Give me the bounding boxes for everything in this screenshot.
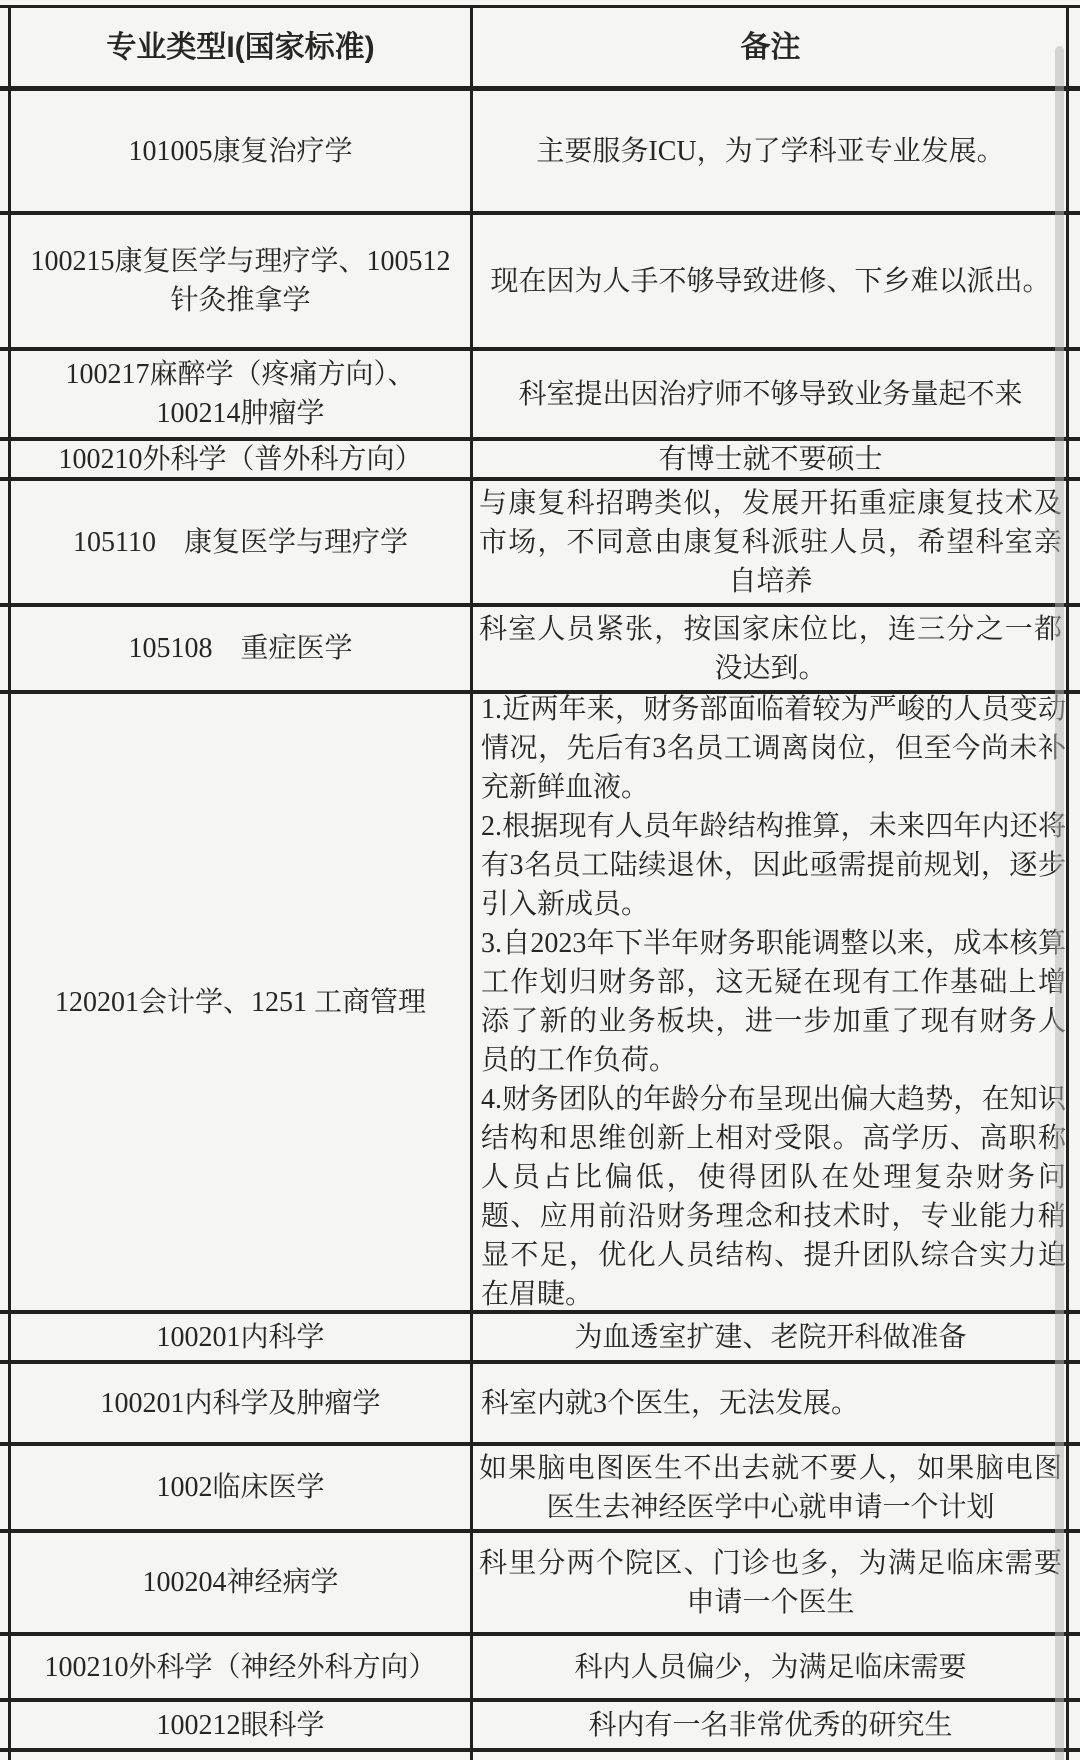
table-row: 100217麻醉学（疼痛方向）、100214肿瘤学科室提出因治疗师不够导致业务量… (0, 351, 1080, 441)
remark-line: 科室人员紧张，按国家床位比，连三分之一都没达到。 (479, 610, 1062, 688)
remark-line: 科内人员偏少，为满足临床需要 (479, 1648, 1062, 1687)
remark-cell: 科室提出因治疗师不够导致业务量起不来 (473, 375, 1068, 414)
major-cell: 100217麻醉学（疼痛方向）、100214肿瘤学 (11, 355, 470, 433)
header-major: 专业类型I(国家标准) (11, 28, 470, 67)
remark-line: 4.财务团队的年龄分布呈现出偏大趋势，在知识结构和思维创新上相对受限。高学历、高… (481, 1080, 1066, 1314)
remark-cell: 科里分两个院区、门诊也多，为满足临床需要申请一个医生 (473, 1544, 1068, 1622)
remark-cell: 与康复科招聘类似，发展开拓重症康复技术及市场，不同意由康复科派驻人员，希望科室亲… (473, 484, 1068, 601)
remark-cell: 为血透室扩建、老院开科做准备 (473, 1318, 1068, 1357)
major-cell: 105110 康复医学与理疗学 (11, 523, 470, 562)
major-cell: 100210外科学（神经外科方向） (11, 1648, 470, 1687)
remark-cell: 有博士就不要硕士 (473, 440, 1068, 479)
remark-line: 与康复科招聘类似，发展开拓重症康复技术及市场，不同意由康复科派驻人员，希望科室亲… (479, 484, 1062, 601)
remark-line: 现在因为人手不够导致进修、下乡难以派出。 (479, 262, 1062, 301)
major-cell: 105108 重症医学 (11, 629, 470, 668)
remark-line: 1.近两年来，财务部面临着较为严峻的人员变动情况，先后有3名员工调离岗位，但至今… (481, 690, 1066, 807)
major-cell: 101005康复治疗学 (11, 132, 470, 171)
table-column-divider (470, 5, 473, 1760)
major-cell: 100210外科学（普外科方向） (11, 440, 470, 479)
table-border-right (1066, 5, 1069, 1760)
table-row: 101005康复治疗学主要服务ICU，为了学科亚专业发展。 (0, 91, 1080, 215)
page-edge-shadow (1055, 46, 1064, 1760)
remark-cell: 科室内就3个医生，无法发展。 (473, 1384, 1068, 1423)
table-border-left (8, 5, 11, 1760)
major-cell: 120201会计学、1251 工商管理 (11, 983, 470, 1022)
table-row: 100204神经病学科里分两个院区、门诊也多，为满足临床需要申请一个医生 (0, 1533, 1080, 1636)
major-cell: 100215康复医学与理疗学、100512针灸推拿学 (11, 242, 470, 320)
table-row: 100210外科学（普外科方向）有博士就不要硕士 (0, 441, 1080, 481)
remark-cell: 1.近两年来，财务部面临着较为严峻的人员变动情况，先后有3名员工调离岗位，但至今… (473, 690, 1068, 1314)
remark-line: 如果脑电图医生不出去就不要人，如果脑电图医生去神经医学中心就申请一个计划 (479, 1449, 1062, 1527)
table-row: 100201内科学及肿瘤学科室内就3个医生，无法发展。 (0, 1364, 1080, 1446)
major-cell: 100204神经病学 (11, 1563, 470, 1602)
remark-cell: 科内人员偏少，为满足临床需要 (473, 1648, 1068, 1687)
remark-cell: 主要服务ICU，为了学科亚专业发展。 (473, 132, 1068, 171)
table-row: 100215康复医学与理疗学、100512针灸推拿学现在因为人手不够导致进修、下… (0, 215, 1080, 351)
remark-line: 2.根据现有人员年龄结构推算，未来四年内还将有3名员工陆续退休，因此亟需提前规划… (481, 807, 1066, 924)
remark-cell: 科室人员紧张，按国家床位比，连三分之一都没达到。 (473, 610, 1068, 688)
remark-cell: 科内有一名非常优秀的研究生 (473, 1706, 1068, 1745)
major-cell: 100201内科学及肿瘤学 (11, 1384, 470, 1423)
remark-line: 主要服务ICU，为了学科亚专业发展。 (479, 132, 1062, 171)
major-cell: 1002临床医学 (11, 1468, 470, 1507)
table-row: 100212眼科学科内有一名非常优秀的研究生 (0, 1702, 1080, 1752)
table-row (0, 1752, 1080, 1760)
major-cell: 100201内科学 (11, 1318, 470, 1357)
remark-cell: 如果脑电图医生不出去就不要人，如果脑电图医生去神经医学中心就申请一个计划 (473, 1449, 1068, 1527)
table-row: 105108 重症医学科室人员紧张，按国家床位比，连三分之一都没达到。 (0, 607, 1080, 694)
remark-line: 科里分两个院区、门诊也多，为满足临床需要申请一个医生 (479, 1544, 1062, 1622)
remark-line: 科室内就3个医生，无法发展。 (481, 1384, 1062, 1423)
table-row: 100201内科学为血透室扩建、老院开科做准备 (0, 1314, 1080, 1364)
majors-table: 专业类型I(国家标准)备注101005康复治疗学主要服务ICU，为了学科亚专业发… (0, 5, 1080, 1760)
major-cell: 100212眼科学 (11, 1706, 470, 1745)
document-page: 专业类型I(国家标准)备注101005康复治疗学主要服务ICU，为了学科亚专业发… (0, 0, 1080, 1760)
table-row: 105110 康复医学与理疗学与康复科招聘类似，发展开拓重症康复技术及市场，不同… (0, 481, 1080, 607)
remark-line: 为血透室扩建、老院开科做准备 (479, 1318, 1062, 1357)
remark-line: 3.自2023年下半年财务职能调整以来，成本核算工作划归财务部，这无疑在现有工作… (481, 924, 1066, 1080)
table-row: 1002临床医学如果脑电图医生不出去就不要人，如果脑电图医生去神经医学中心就申请… (0, 1446, 1080, 1533)
table-header-row: 专业类型I(国家标准)备注 (0, 8, 1080, 91)
remark-line: 科内有一名非常优秀的研究生 (479, 1706, 1062, 1745)
remark-cell: 现在因为人手不够导致进修、下乡难以派出。 (473, 262, 1068, 301)
header-remark: 备注 (473, 28, 1068, 67)
table-row: 120201会计学、1251 工商管理1.近两年来，财务部面临着较为严峻的人员变… (0, 694, 1080, 1314)
table-row: 100210外科学（神经外科方向）科内人员偏少，为满足临床需要 (0, 1636, 1080, 1702)
remark-line: 有博士就不要硕士 (479, 440, 1062, 479)
remark-line: 科室提出因治疗师不够导致业务量起不来 (479, 375, 1062, 414)
